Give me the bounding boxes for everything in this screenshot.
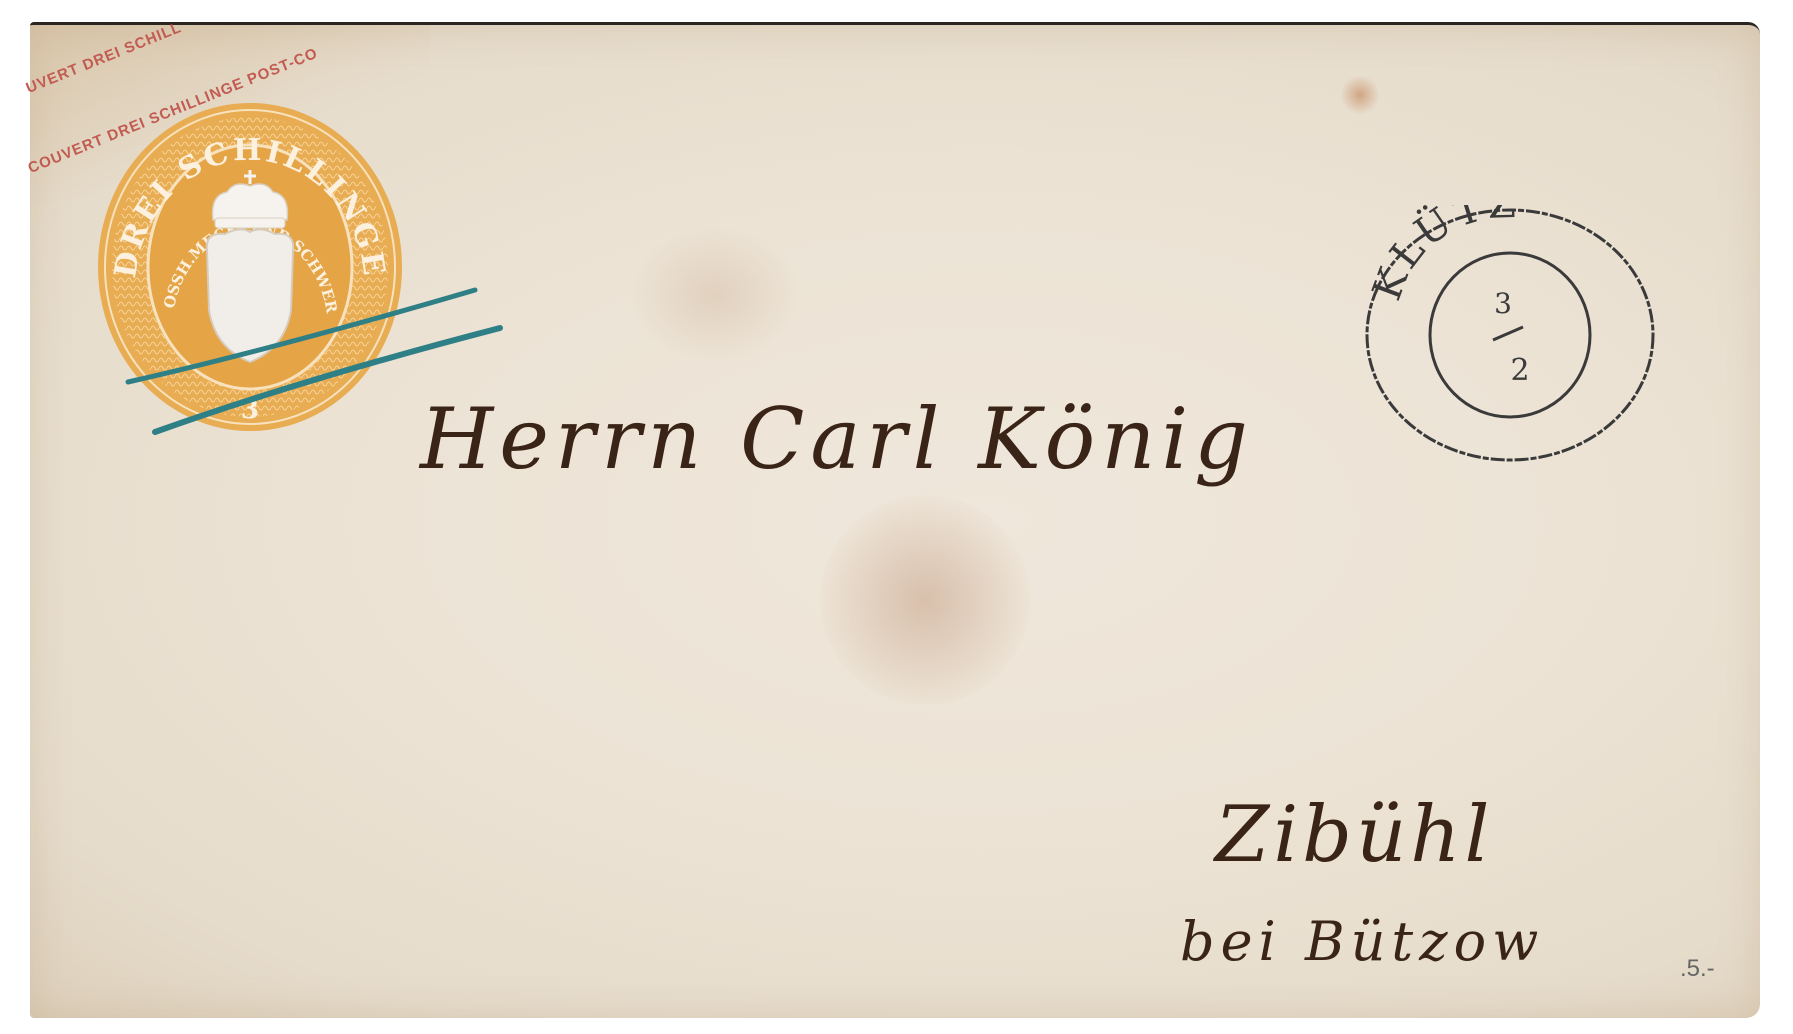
water-stain (820, 495, 1030, 705)
postmark: KLÜTZ 3 2 (1355, 205, 1665, 465)
recipient-town: Zibühl (1215, 790, 1494, 880)
pencil-price-note: .5.- (1680, 955, 1715, 983)
light-stain (630, 225, 800, 365)
postmark-month: 2 (1510, 353, 1529, 388)
recipient-name: Herrn Carl König (420, 390, 1254, 488)
postmark-date-divider (1493, 327, 1523, 340)
recipient-district: bei Bützow (1180, 910, 1544, 973)
postmark-day: 3 (1494, 287, 1512, 320)
foxing-spot (1340, 75, 1380, 115)
